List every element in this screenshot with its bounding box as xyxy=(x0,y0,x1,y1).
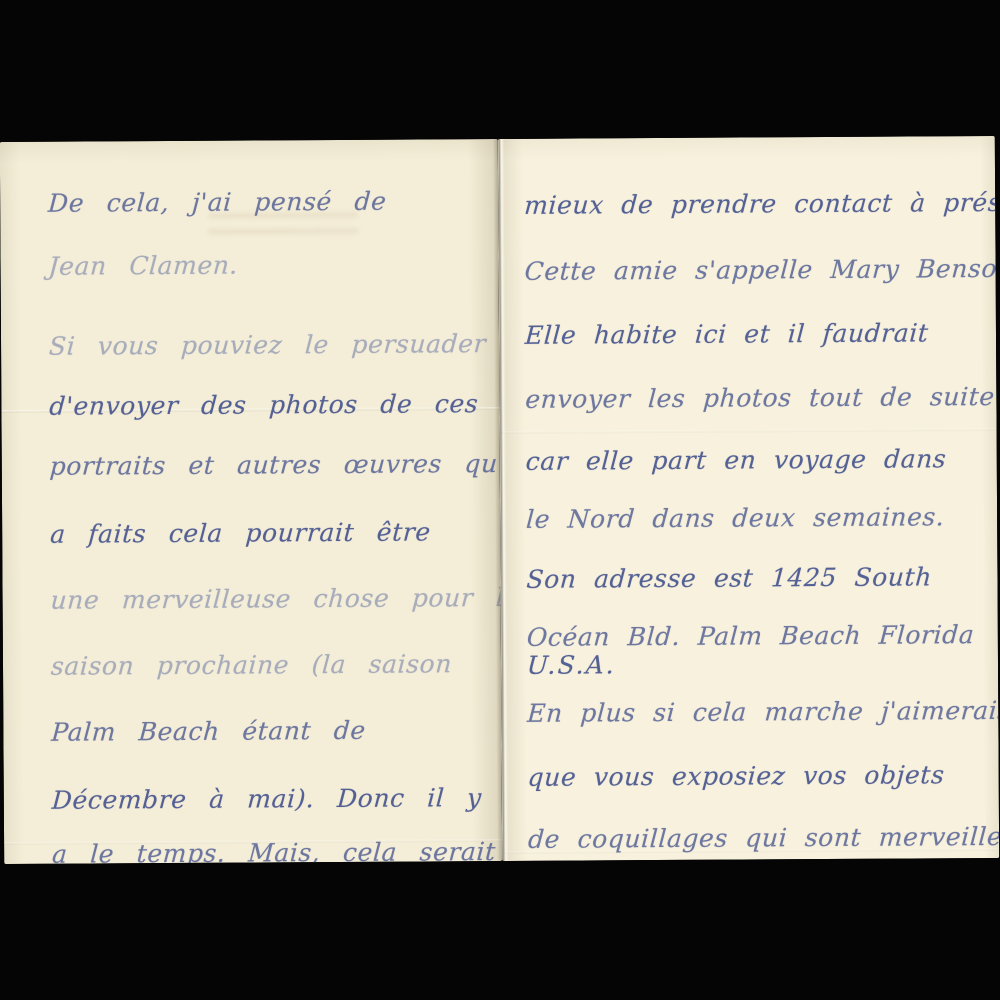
handwritten-line: Cette amie s'appelle Mary Benson. xyxy=(524,254,983,287)
handwritten-line: une merveilleuse chose pour la xyxy=(50,583,488,616)
letter: De cela, j'ai pensé de Jean Clamen. Si v… xyxy=(0,136,999,864)
handwritten-line: envoyer les photos tout de suite xyxy=(524,382,983,415)
handwritten-line: Décembre à mai). Donc il y xyxy=(51,783,489,816)
handwritten-line: mieux de prendre contact à présent xyxy=(523,188,982,221)
handwritten-line: Elle habite ici et il faudrait xyxy=(524,318,983,351)
handwritten-line: Si vous pouviez le persuader xyxy=(48,329,486,362)
handwritten-line: le Nord dans deux semaines. xyxy=(525,502,984,535)
handwritten-line: d'envoyer des photos de ces xyxy=(48,389,486,422)
handwritten-line: de coquillages qui sont merveilleux xyxy=(527,822,986,855)
handwritten-line: En plus si cela marche j'aimerais xyxy=(526,696,985,729)
photograph-of-letter: De cela, j'ai pensé de Jean Clamen. Si v… xyxy=(0,0,1000,1000)
handwritten-line: que vous exposiez vos objets xyxy=(527,760,986,793)
handwritten-line: portraits et autres œuvres qu'il xyxy=(49,449,487,482)
handwritten-line: De cela, j'ai pensé de xyxy=(47,186,485,219)
handwritten-line: Jean Clamen. xyxy=(48,249,486,282)
handwritten-line: car elle part en voyage dans xyxy=(525,444,984,477)
handwritten-line: a faits cela pourrait être xyxy=(49,517,487,550)
letter-page-left: De cela, j'ai pensé de Jean Clamen. Si v… xyxy=(0,139,502,864)
handwritten-line: a le temps. Mais, cela serait xyxy=(51,837,489,864)
paper-crease xyxy=(500,428,997,434)
handwritten-line-usa: U.S.A. xyxy=(526,648,985,681)
handwritten-line: Son adresse est 1425 South xyxy=(526,562,985,595)
handwritten-line: Palm Beach étant de xyxy=(50,715,488,748)
handwritten-line: saison prochaine (la saison xyxy=(50,649,488,682)
letter-page-right: mieux de prendre contact à présent Cette… xyxy=(498,136,999,861)
